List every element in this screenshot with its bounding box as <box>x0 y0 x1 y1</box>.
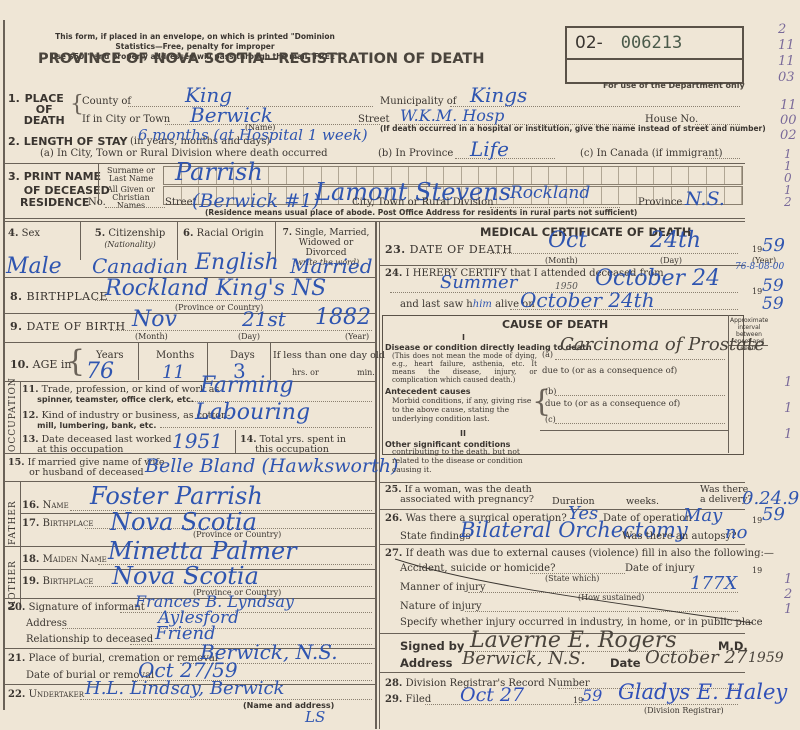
surname-value: Parrish <box>175 158 263 186</box>
field-number: 12. <box>22 410 39 421</box>
field-label: Sex <box>22 228 40 239</box>
field-sublabel: (Nationality) <box>104 240 155 249</box>
field-number: 21. <box>8 653 25 664</box>
field-label: associated with pregnancy? <box>400 494 534 505</box>
dept-only-note: For use of the Department only <box>603 81 745 90</box>
undertaker-label: 22. Undertaker <box>8 689 84 700</box>
margin-code: 03 <box>778 70 795 86</box>
racial-origin-label: 6. Racial Origin <box>183 228 264 239</box>
field-number: 4. <box>8 228 18 239</box>
weeks-label: weeks. <box>626 496 659 507</box>
margin-codes-injury: 1 2 1 <box>784 572 792 617</box>
cert-date-label: Date <box>610 656 641 670</box>
direct-cause-desc: (This does not mean the mode of dying, e… <box>392 352 537 384</box>
mail-notice-line1: This form, if placed in an envelope, on … <box>55 32 335 51</box>
field-label: spinner, teamster, office clerk, etc. <box>37 395 194 404</box>
age-months-value: 11 <box>162 362 185 383</box>
operation-year: 59 <box>762 504 785 525</box>
father-name-value: Foster Parrish <box>90 482 263 510</box>
undertaker-initials: LS <box>305 708 325 726</box>
field-number: 1. <box>8 92 20 105</box>
field-number: 8. <box>10 290 22 303</box>
dob-day-label: (Day) <box>238 332 260 341</box>
dob-label: 9. DATE OF BIRTH <box>10 320 126 333</box>
mother-birthplace-label: 19. Birthplace <box>22 576 94 587</box>
field-number: 29. <box>385 694 402 705</box>
industry-value: Labouring <box>195 400 310 425</box>
field-number: 22. <box>8 689 25 700</box>
signed-by-label: Signed by <box>400 639 464 653</box>
form-border-left <box>3 20 5 710</box>
residence-province-label: Province <box>638 197 682 208</box>
margin-code: 00 <box>780 113 797 128</box>
father-name-label: 16. Name <box>22 500 69 511</box>
field-number: 6. <box>183 228 193 239</box>
residence-label: RESIDENCE <box>20 196 89 209</box>
street-value: W.K.M. Hosp <box>400 106 504 125</box>
birthplace-label: 8. BIRTHPLACE <box>10 290 108 303</box>
spouse-label: 15. If married give name of wife or husb… <box>8 458 165 478</box>
margin-code: 11 <box>778 54 795 70</box>
mother-maiden-label: 18. Maiden Name <box>22 554 107 565</box>
date-of-death-month: Oct <box>548 228 587 253</box>
father-section-label: FATHER <box>8 485 18 545</box>
field-label: Name <box>43 500 69 511</box>
dob-day: 21st <box>242 307 286 331</box>
residence-city-label: City, Town or Rural Division <box>352 197 494 208</box>
print-name-label: 3. PRINT NAME OF DECEASED <box>8 170 110 198</box>
length-of-stay-label: 2. LENGTH OF STAY <box>8 135 127 148</box>
certify-year: 59 <box>762 276 784 296</box>
age-months-label: Months <box>156 350 194 361</box>
margin-code: 1 <box>784 602 792 617</box>
undertaker-value: H.L. Lindsay, Berwick <box>85 678 284 699</box>
residence-province-value: N.S. <box>685 188 725 210</box>
place-of-death-label: 1. PLACE OF DEATH <box>8 93 65 126</box>
stay-b-label: (b) In Province <box>378 148 453 159</box>
dob-month: Nov <box>132 307 177 332</box>
spouse-value: Belle Bland (Hawksworth) <box>145 455 398 477</box>
stay-b-value: Life <box>470 137 509 161</box>
citizenship-value: Canadian <box>92 254 188 278</box>
field-number: 19. <box>22 576 39 587</box>
county-label: County of <box>82 96 131 107</box>
field-label: LENGTH OF STAY <box>24 135 128 148</box>
field-label: DATE OF BIRTH <box>26 320 125 333</box>
field-label: or husband of deceased <box>29 467 144 478</box>
brace: { <box>66 344 85 379</box>
last-saw-year: 59 <box>762 294 784 314</box>
registrar-label: (Division Registrar) <box>644 706 724 715</box>
last-saw-value: October 24th <box>520 288 655 312</box>
field-number: 10. <box>10 358 29 371</box>
margin-code: 1 <box>784 396 792 422</box>
dob-month-label: (Month) <box>135 332 168 341</box>
field-number: 24. <box>385 268 402 279</box>
citizenship-label: 5. Citizenship(Nationality) <box>86 228 174 250</box>
field-number: 16. <box>22 500 39 511</box>
margin-code: 1 <box>784 422 792 448</box>
field-label: DATE OF DEATH <box>410 243 513 256</box>
informant-address-label: Address <box>26 618 67 629</box>
margin-code: 2 <box>784 196 792 208</box>
field-number: 15. <box>8 457 25 468</box>
field-number: 26. <box>385 513 402 524</box>
mother-section-label: MOTHER <box>8 550 18 610</box>
other-conditions-desc: contributing to the death, but not relat… <box>392 447 537 474</box>
part-two-label: II <box>460 429 466 438</box>
field-label: Citizenship <box>108 228 165 239</box>
dob-year-label: (Year) <box>345 332 369 341</box>
field-number: 5. <box>95 228 105 239</box>
certify-from: Summer <box>440 272 517 293</box>
age-lessday-label: If less than one day old <box>273 350 385 361</box>
dob-year: 1882 <box>315 305 371 330</box>
margin-code: 2 <box>778 22 795 38</box>
sex-value: Male <box>6 254 62 279</box>
field-number: 11. <box>22 384 39 395</box>
cause-a-value: Carcinoma of Prostate <box>560 334 765 355</box>
field-label: Trade, profession, or kind of work as <box>42 384 220 395</box>
autopsy-value: no <box>725 522 747 543</box>
residence-city-value: Rockland <box>510 183 590 203</box>
trade-value: Farming <box>200 373 294 398</box>
filed-year: 59 <box>582 686 602 705</box>
cause-a-label: (a) <box>542 350 553 359</box>
date-of-death-day: 24th <box>650 228 701 253</box>
surname-label: Surname or Last Name <box>100 167 162 183</box>
margin-code: 11 <box>778 38 795 54</box>
margin-code: 2 <box>784 587 792 602</box>
field-number: 18. <box>22 554 39 565</box>
field-number: 23. <box>385 243 406 256</box>
marital-status-value: Married <box>290 254 373 278</box>
birthplace-value: Rockland King's NS <box>105 276 326 301</box>
date-of-death-year: 59 <box>762 235 785 256</box>
stay-c-label: (c) In Canada (if immigrant) <box>580 148 723 159</box>
field-label: PLACE OF DEATH <box>24 93 65 126</box>
antecedent-label: Antecedent causes <box>385 387 471 396</box>
residence-no-label: No. <box>88 197 106 208</box>
margin-code: 11 <box>780 98 797 113</box>
filed-date: Oct 27 <box>460 684 524 706</box>
margin-codes-place: 11 00 02 <box>780 98 797 143</box>
operation-date-value: May <box>683 505 722 526</box>
due-to-b: due to (or as a consequence of) <box>545 399 680 409</box>
due-to-a: due to (or as a consequence of) <box>542 366 677 376</box>
certify-year-prefix: 19 <box>752 287 762 296</box>
physician-address-label: Address <box>400 656 453 670</box>
margin-codes-stay: 1 1 0 1 2 <box>784 148 792 208</box>
field-label: mill, lumbering, bank, etc. <box>37 421 156 430</box>
sex-label: 4. Sex <box>8 228 40 239</box>
margin-code: 1 <box>784 370 792 396</box>
total-years-label: 14. Total yrs. spent in this occupation <box>240 435 346 455</box>
dod-month-label: (Month) <box>545 256 578 265</box>
physician-address: Berwick, N.S. <box>462 648 586 669</box>
field-number: 3. <box>8 170 20 183</box>
reg-prefix: 02- <box>575 33 603 53</box>
residence-note: (Residence means usual place of abode. P… <box>205 208 637 217</box>
dod-day-label: (Day) <box>660 256 682 265</box>
margin-code: 1 <box>784 572 792 587</box>
pregnancy-label: 25. If a woman, was the death associated… <box>385 485 534 505</box>
city-label: If in City or Town <box>82 114 170 125</box>
field-number: 17. <box>22 518 39 529</box>
field-number: 28. <box>385 678 402 689</box>
field-number: 20. <box>8 602 25 613</box>
reg-number: 006213 <box>621 33 682 53</box>
certify-code: 76-8-08-00 <box>735 262 784 272</box>
operation-year-prefix: 19 <box>752 516 762 525</box>
field-label: PRINT NAME OF DECEASED <box>24 170 110 198</box>
registrar-signature: Gladys E. Haley <box>618 680 787 704</box>
date-of-death-label: 23. DATE OF DEATH <box>385 243 512 256</box>
occupation-section-label: OCCUPATION <box>8 384 18 452</box>
mother-birthplace-value: Nova Scotia <box>112 562 259 590</box>
part-one-label: I <box>462 333 465 342</box>
field-number: 2. <box>8 135 20 148</box>
mother-maiden-value: Minetta Palmer <box>108 537 297 565</box>
trade-label: 11. Trade, profession, or kind of work a… <box>22 385 219 405</box>
cause-of-death-title: CAUSE OF DEATH <box>502 318 608 331</box>
field-number: 9. <box>10 320 22 333</box>
last-saw-pronoun: him <box>473 299 492 310</box>
age-min-label: min. <box>357 368 375 377</box>
field-label: BIRTHPLACE <box>26 290 108 303</box>
page-title: PROVINCE OF NOVA SCOTIA—REGISTRATION OF … <box>38 51 484 67</box>
cert-date-year: 1959 <box>748 650 784 666</box>
municipality-value: Kings <box>470 83 527 107</box>
registration-number-box: 02- 006213 <box>565 26 744 84</box>
date-of-death-year-prefix: 19 <box>752 245 762 254</box>
margin-codes-top: 2 11 11 03 <box>778 22 795 86</box>
father-birthplace-label: 17. Birthplace <box>22 518 94 529</box>
margin-code: 02 <box>780 128 797 143</box>
margin-codes-cause: 1 1 1 <box>784 370 792 448</box>
field-label: Racial Origin <box>197 228 264 239</box>
field-label: Undertaker <box>29 689 84 700</box>
autopsy-label: Was there an autopsy? <box>622 531 737 542</box>
strike-line <box>395 555 755 625</box>
field-number: 7. <box>283 228 292 238</box>
age-hrs-label: hrs. or <box>292 368 319 377</box>
hospital-note: (If death occurred in a hospital or inst… <box>380 124 766 133</box>
last-worked-value: 1951 <box>172 429 223 453</box>
cert-date: October 27 <box>645 647 747 668</box>
stay-a-value: 6 months (at Hospital 1 week) <box>138 126 368 144</box>
last-worked-label: 13. Date deceased last worked at this oc… <box>22 435 171 455</box>
racial-origin-value: English <box>195 250 279 275</box>
antecedent-desc: Morbid conditions, if any, giving rise t… <box>392 396 537 423</box>
age-label: 10. AGE in <box>10 358 72 371</box>
